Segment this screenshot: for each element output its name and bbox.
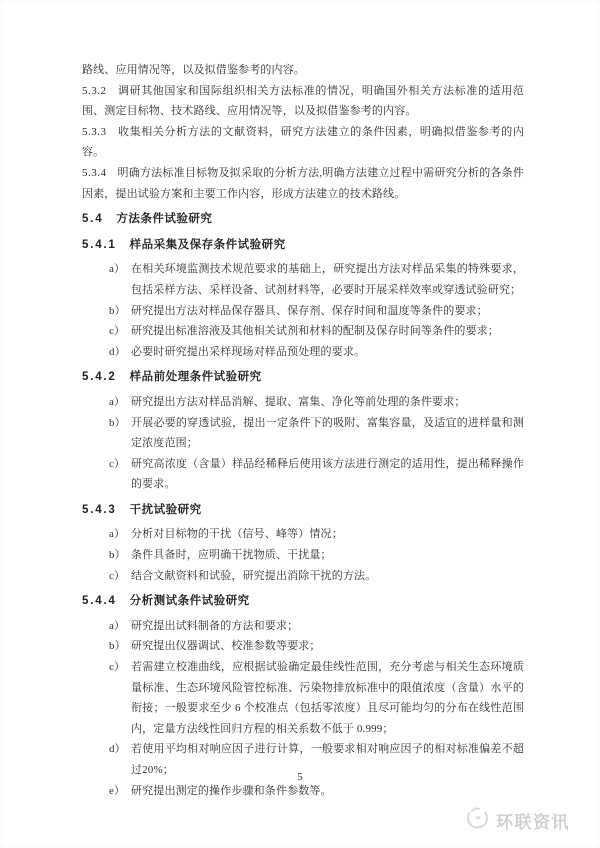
subsection-heading-5-4-4: 5.4.4分析测试条件试验研究 (82, 591, 524, 612)
section-heading-5-4: 5.4方法条件试验研究 (82, 209, 524, 230)
item-label: b） (109, 301, 126, 322)
clause-number: 5.3.3 (82, 126, 107, 138)
item-label: c） (109, 321, 125, 342)
list-item-b: b）条件具备时，应明确干扰物质、干扰量； (82, 545, 524, 566)
heading-title: 干扰试验研究 (130, 504, 202, 516)
item-label: b） (109, 636, 126, 657)
list-item-c: c）研究提出标准溶液及其他相关试剂和材料的配制及保存时间等条件的要求； (82, 321, 524, 342)
item-text: 分析对目标物的干扰（信号、峰等）情况； (131, 528, 343, 540)
item-text: 研究提出仪器调试、校准参数等要求； (131, 640, 321, 652)
item-label: c） (109, 657, 125, 678)
heading-title: 方法条件试验研究 (116, 213, 212, 225)
list-item-c: c）结合文献资料和试验，研究提出消除干扰的方法。 (82, 566, 524, 587)
item-text: 若需建立校准曲线，应根据试验确定最佳线性范围，充分考虑与相关生态环境质量标准、生… (131, 661, 524, 735)
subsection-heading-5-4-2: 5.4.2样品前处理条件试验研究 (82, 367, 524, 388)
item-label: e） (109, 781, 125, 802)
subsection-heading-5-4-1: 5.4.1样品采集及保存条件试验研究 (82, 235, 524, 256)
list-item-b: b）研究提出方法对样品保存器具、保存剂、保存时间和温度等条件的要求； (82, 301, 524, 322)
item-label: a） (109, 392, 125, 413)
clause-number: 5.3.2 (82, 85, 107, 97)
item-text: 开展必要的穿透试验，提出一定条件下的吸附、富集容量，及适宜的进样量和测定浓度范围… (131, 417, 524, 450)
clause-text: 收集相关分析方法的文献资料，研究方法建立的条件因素，明确拟借鉴参考的内容。 (82, 126, 524, 159)
heading-number: 5.4 (82, 213, 103, 225)
list-item-a: a）在相关环境监测技术规范要求的基础上，研究提出方法对样品采集的特殊要求，包括采… (82, 259, 524, 300)
item-text: 研究提出标准溶液及其他相关试剂和材料的配制及保存时间等条件的要求； (131, 325, 499, 337)
item-label: b） (109, 413, 126, 434)
list-item-a: a）研究提出试料制备的方法和要求； (82, 616, 524, 637)
list-item-b: b）开展必要的穿透试验，提出一定条件下的吸附、富集容量，及适宜的进样量和测定浓度… (82, 413, 524, 454)
item-label: a） (109, 616, 125, 637)
page-number: 5 (0, 771, 600, 783)
item-text: 在相关环境监测技术规范要求的基础上，研究提出方法对样品采集的特殊要求，包括采样方… (131, 263, 524, 296)
heading-number: 5.4.4 (82, 595, 117, 607)
item-text: 研究提出方法对样品保存器具、保存剂、保存时间和温度等条件的要求； (131, 305, 488, 317)
item-text: 研究提出测定的操作步骤和条件参数等。 (131, 785, 332, 797)
heading-number: 5.4.3 (82, 504, 117, 516)
list-item-d: d）必要时研究提出采样现场对样品预处理的要求。 (82, 342, 524, 363)
item-label: d） (109, 342, 126, 363)
clause-number: 5.3.4 (82, 167, 107, 179)
clause-text: 明确方法标准目标物及拟采取的分析方法,明确方法建立过程中需研究分析的各条件因素，… (82, 167, 524, 200)
clause-5-3-2: 5.3.2调研其他国家和国际组织相关方法标准的情况，明确国外相关方法标准的适用范… (82, 81, 524, 122)
item-text: 研究提出试料制备的方法和要求； (131, 620, 298, 632)
item-label: d） (109, 739, 126, 760)
clause-5-3-4: 5.3.4明确方法标准目标物及拟采取的分析方法,明确方法建立过程中需研究分析的各… (82, 163, 524, 204)
item-text: 条件具备时，应明确干扰物质、干扰量； (131, 549, 332, 561)
watermark: 环联资讯 (464, 804, 570, 836)
item-label: c） (109, 454, 125, 475)
list-item-a: a）分析对目标物的干扰（信号、峰等）情况； (82, 524, 524, 545)
paragraph-carryover: 路线、应用情况等，以及拟借鉴参考的内容。 (82, 60, 524, 81)
heading-title: 样品采集及保存条件试验研究 (130, 239, 286, 251)
list-item-a: a）研究提出方法对样品消解、提取、富集、净化等前处理的条件要求； (82, 392, 524, 413)
clause-5-3-3: 5.3.3收集相关分析方法的文献资料，研究方法建立的条件因素，明确拟借鉴参考的内… (82, 122, 524, 163)
heading-title: 样品前处理条件试验研究 (130, 371, 262, 383)
item-text: 研究提出方法对样品消解、提取、富集、净化等前处理的条件要求； (131, 396, 466, 408)
list-item-b: b）研究提出仪器调试、校准参数等要求； (82, 636, 524, 657)
item-text: 结合文献资料和试验，研究提出消除干扰的方法。 (131, 570, 376, 582)
heading-number: 5.4.1 (82, 239, 117, 251)
item-label: a） (109, 259, 125, 280)
subsection-heading-5-4-3: 5.4.3干扰试验研究 (82, 500, 524, 521)
clause-text: 调研其他国家和国际组织相关方法标准的情况，明确国外相关方法标准的适用范围、测定目… (82, 85, 524, 118)
watermark-text: 环联资讯 (496, 808, 570, 833)
item-label: a） (109, 524, 125, 545)
item-text: 研究高浓度（含量）样品经稀释后使用该方法进行测定的适用性，提出稀释操作的要求。 (131, 458, 524, 491)
page-content: 路线、应用情况等，以及拟借鉴参考的内容。 5.3.2调研其他国家和国际组织相关方… (82, 60, 524, 801)
item-label: c） (109, 566, 125, 587)
heading-title: 分析测试条件试验研究 (130, 595, 250, 607)
list-item-c: c）研究高浓度（含量）样品经稀释后使用该方法进行测定的适用性，提出稀释操作的要求… (82, 454, 524, 495)
swirl-globe-logo-icon (464, 804, 491, 836)
list-item-c: c）若需建立校准曲线，应根据试验确定最佳线性范围，充分考虑与相关生态环境质量标准… (82, 657, 524, 739)
document-page: 路线、应用情况等，以及拟借鉴参考的内容。 5.3.2调研其他国家和国际组织相关方… (0, 0, 600, 848)
heading-number: 5.4.2 (82, 371, 117, 383)
item-text: 必要时研究提出采样现场对样品预处理的要求。 (131, 346, 365, 358)
item-label: b） (109, 545, 126, 566)
list-item-e: e）研究提出测定的操作步骤和条件参数等。 (82, 781, 524, 802)
